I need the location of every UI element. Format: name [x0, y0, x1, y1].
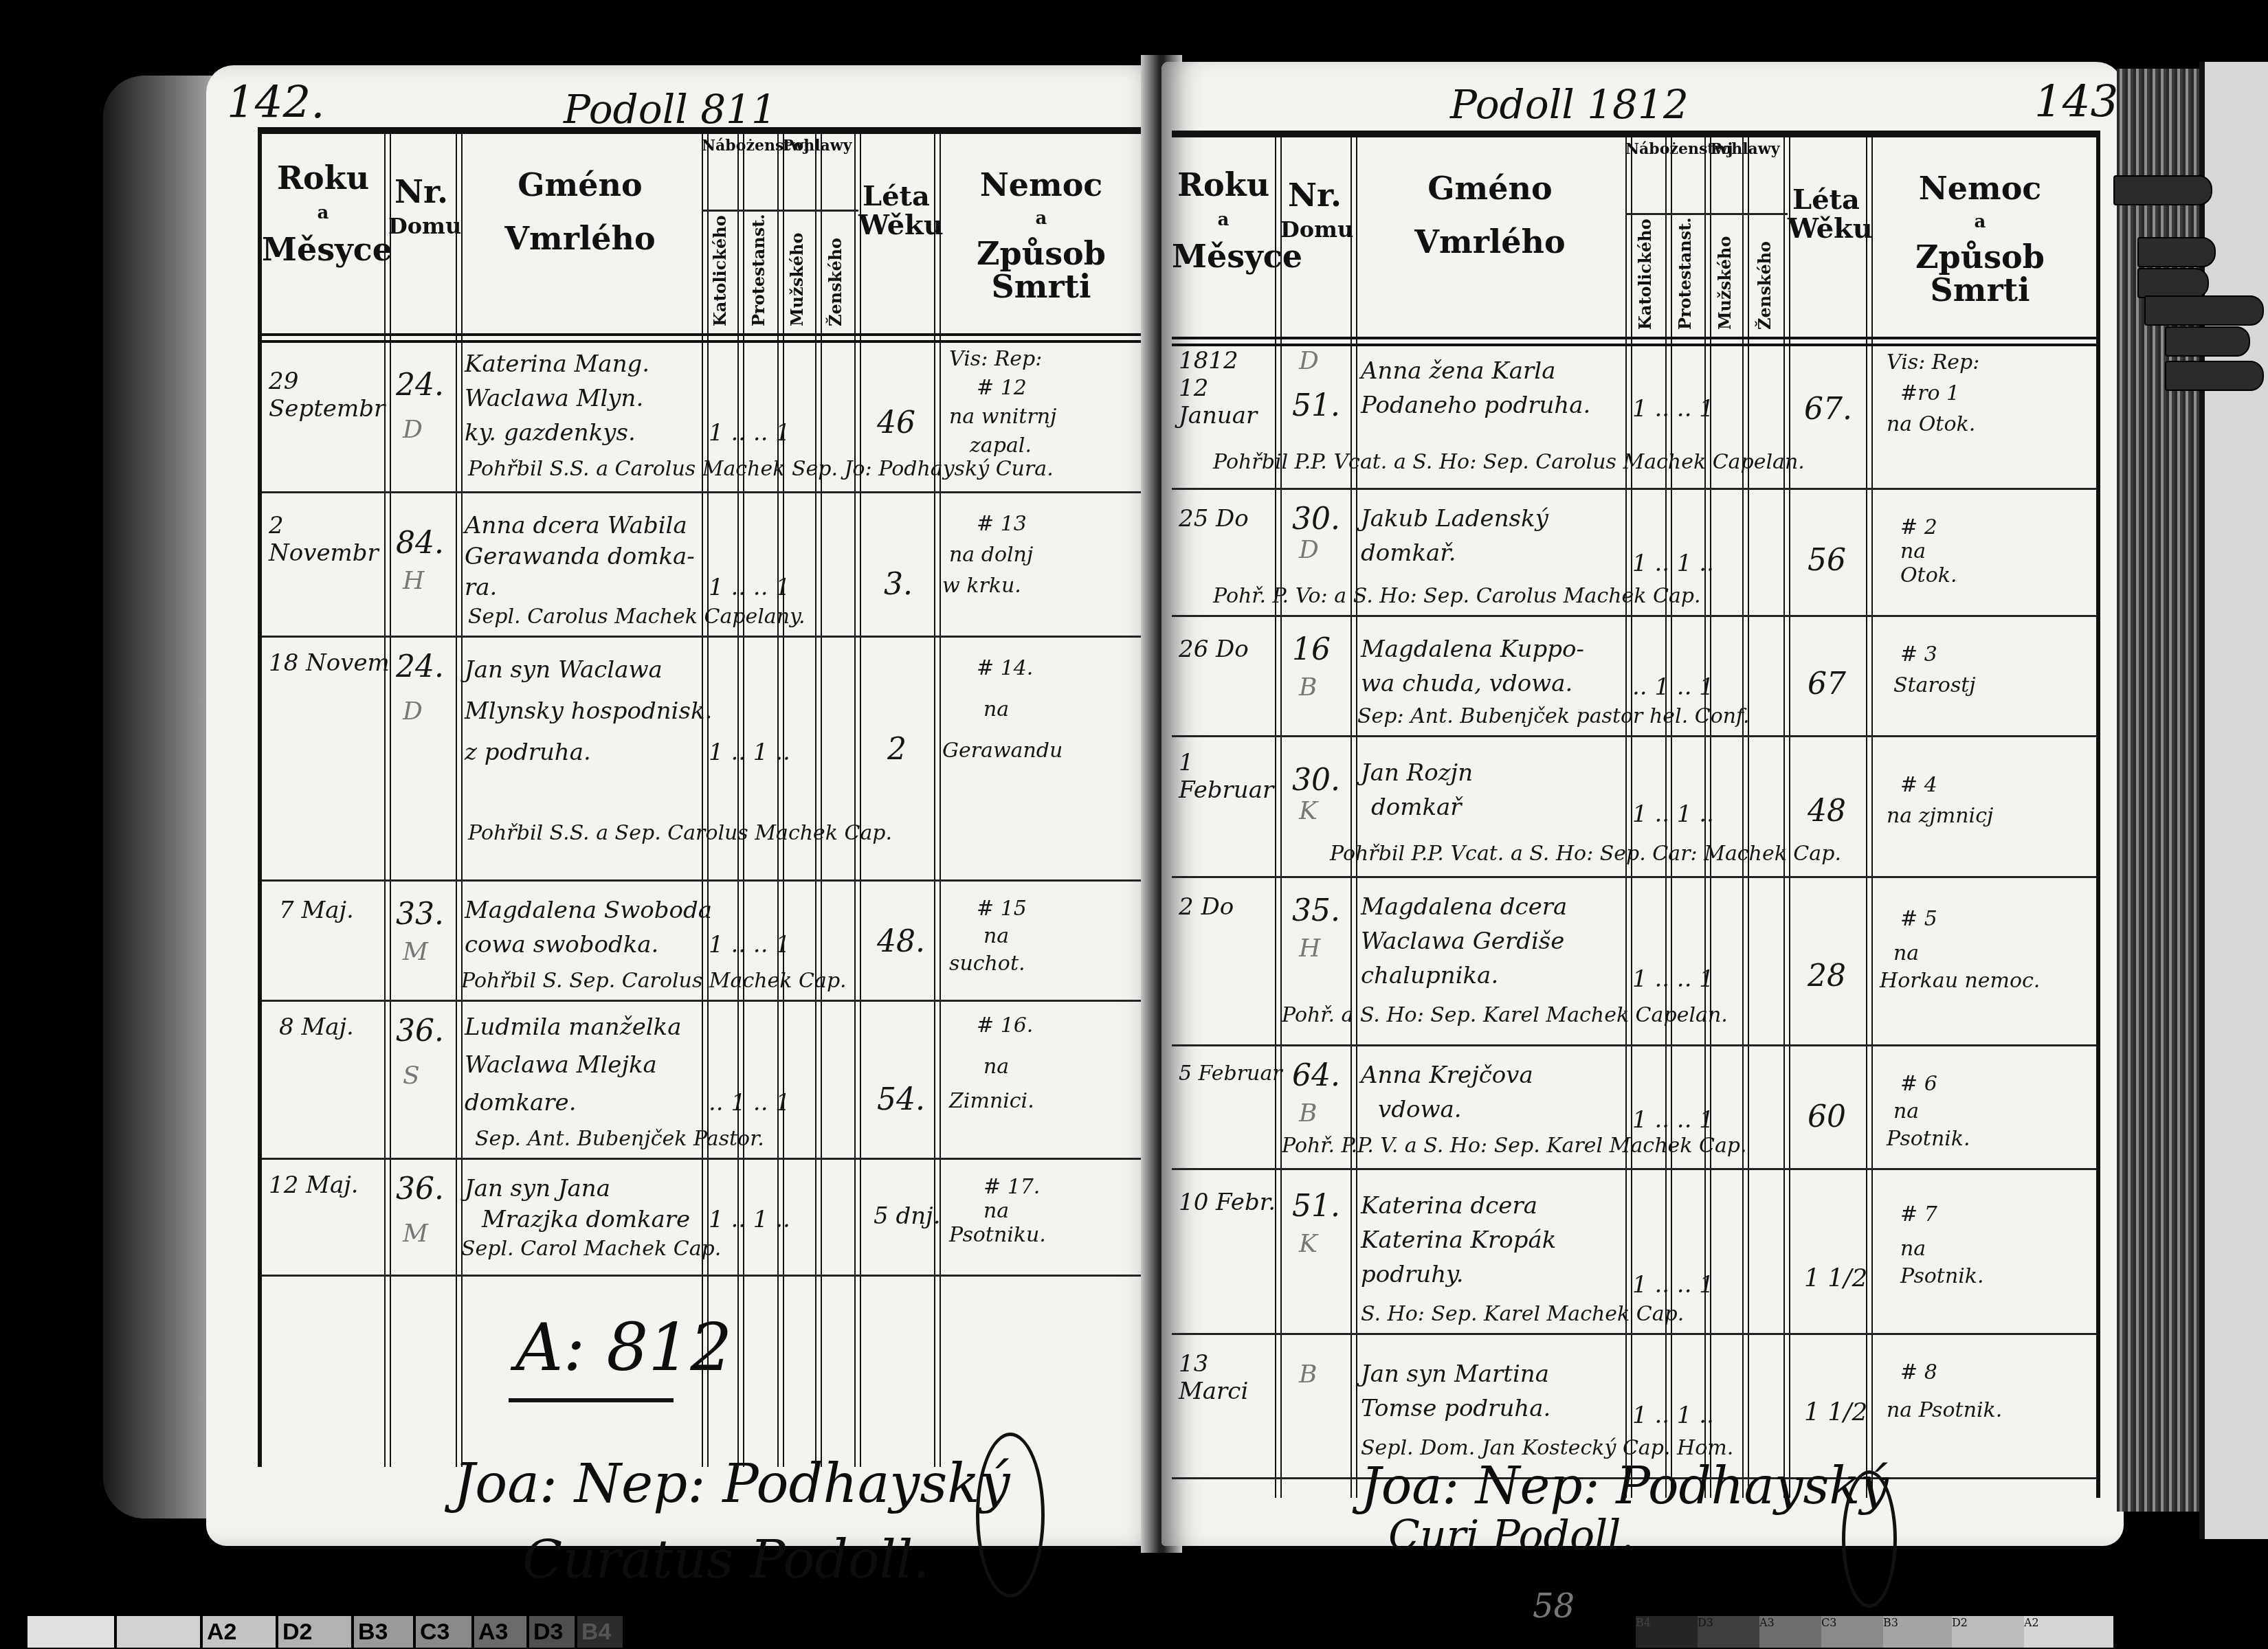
index-tab: [2137, 237, 2216, 267]
header-female: Ženského: [1755, 220, 1775, 330]
header-female: Ženského: [825, 216, 845, 326]
header-age: Léta Wěku: [858, 182, 934, 240]
header-cause: Nemoc a Způsob Smrti: [938, 168, 1144, 303]
index-tab: [2113, 175, 2212, 205]
left-signature-title: Curatus Podoll.: [522, 1529, 929, 1590]
right-page-title: Podoll 1812: [1450, 81, 1689, 128]
right-signature-name: Joa: Nep: Podhayský: [1361, 1457, 1889, 1516]
header-male: Mužského: [1715, 220, 1735, 330]
calibration-strip-left: A2 D2 B3 C3 A3 D3 B4: [27, 1616, 625, 1648]
pencil-folio-number: 58: [1533, 1587, 1575, 1626]
header-name: Gméno Vmrlého: [460, 168, 700, 256]
header-name: Gméno Vmrlého: [1356, 172, 1624, 259]
header-year-month: Roku a Měsyce: [262, 161, 384, 266]
index-tab: [2165, 326, 2250, 357]
signature-flourish: [976, 1433, 1045, 1597]
header-cause: Nemoc a Způsob Smrti: [1870, 172, 2090, 306]
left-page-number: 142.: [227, 78, 325, 128]
left-page: 142. Podoll 811 Roku a Měsyce Nr. Domu G…: [206, 65, 1161, 1546]
right-ledger-table: Roku a Měsyce Nr. Domu Gméno Vmrlého Náb…: [1172, 131, 2100, 1498]
left-signature-name: Joa: Nep: Podhayský: [454, 1453, 1010, 1515]
header-sex-group: Pohlawy: [1705, 142, 1785, 157]
index-tab: [2165, 361, 2264, 391]
header-religion-group: Nábożenstwj: [1625, 142, 1705, 157]
left-page-title: Podoll 811: [564, 86, 777, 133]
signature-flourish: [1842, 1470, 1897, 1608]
header-protestant: Protestanst.: [748, 216, 768, 326]
header-sex-group: Pohlawy: [779, 138, 856, 154]
year-total: A: 812: [515, 1309, 732, 1386]
year-total-underline: [509, 1398, 674, 1402]
header-house-no: Nr. Domu: [388, 175, 454, 238]
header-protestant: Protestanst.: [1675, 220, 1695, 330]
right-signature-title: Curi Podoll.: [1388, 1512, 1634, 1560]
header-religion-group: Nábożenstwj: [702, 138, 779, 154]
header-male: Mužského: [787, 216, 807, 326]
header-catholic: Katolického: [710, 216, 730, 326]
calibration-strip-right: B4 D3 A3 C3 B3 D2 A2: [1636, 1616, 2113, 1648]
index-tab: [2144, 295, 2264, 326]
index-tab: [2137, 268, 2209, 298]
header-year-month: Roku a Měsyce: [1172, 168, 1275, 273]
header-catholic: Katolického: [1635, 220, 1655, 330]
header-age: Léta Wěku: [1788, 186, 1865, 243]
header-house-no: Nr. Domu: [1280, 179, 1349, 242]
left-ledger-table: Roku a Měsyce Nr. Domu Gméno Vmrlého Náb…: [258, 127, 1153, 1467]
right-page: Podoll 1812 143. Roku a Měsyce Nr. Domu …: [1161, 62, 2124, 1546]
book-cover-board: [2199, 62, 2268, 1539]
